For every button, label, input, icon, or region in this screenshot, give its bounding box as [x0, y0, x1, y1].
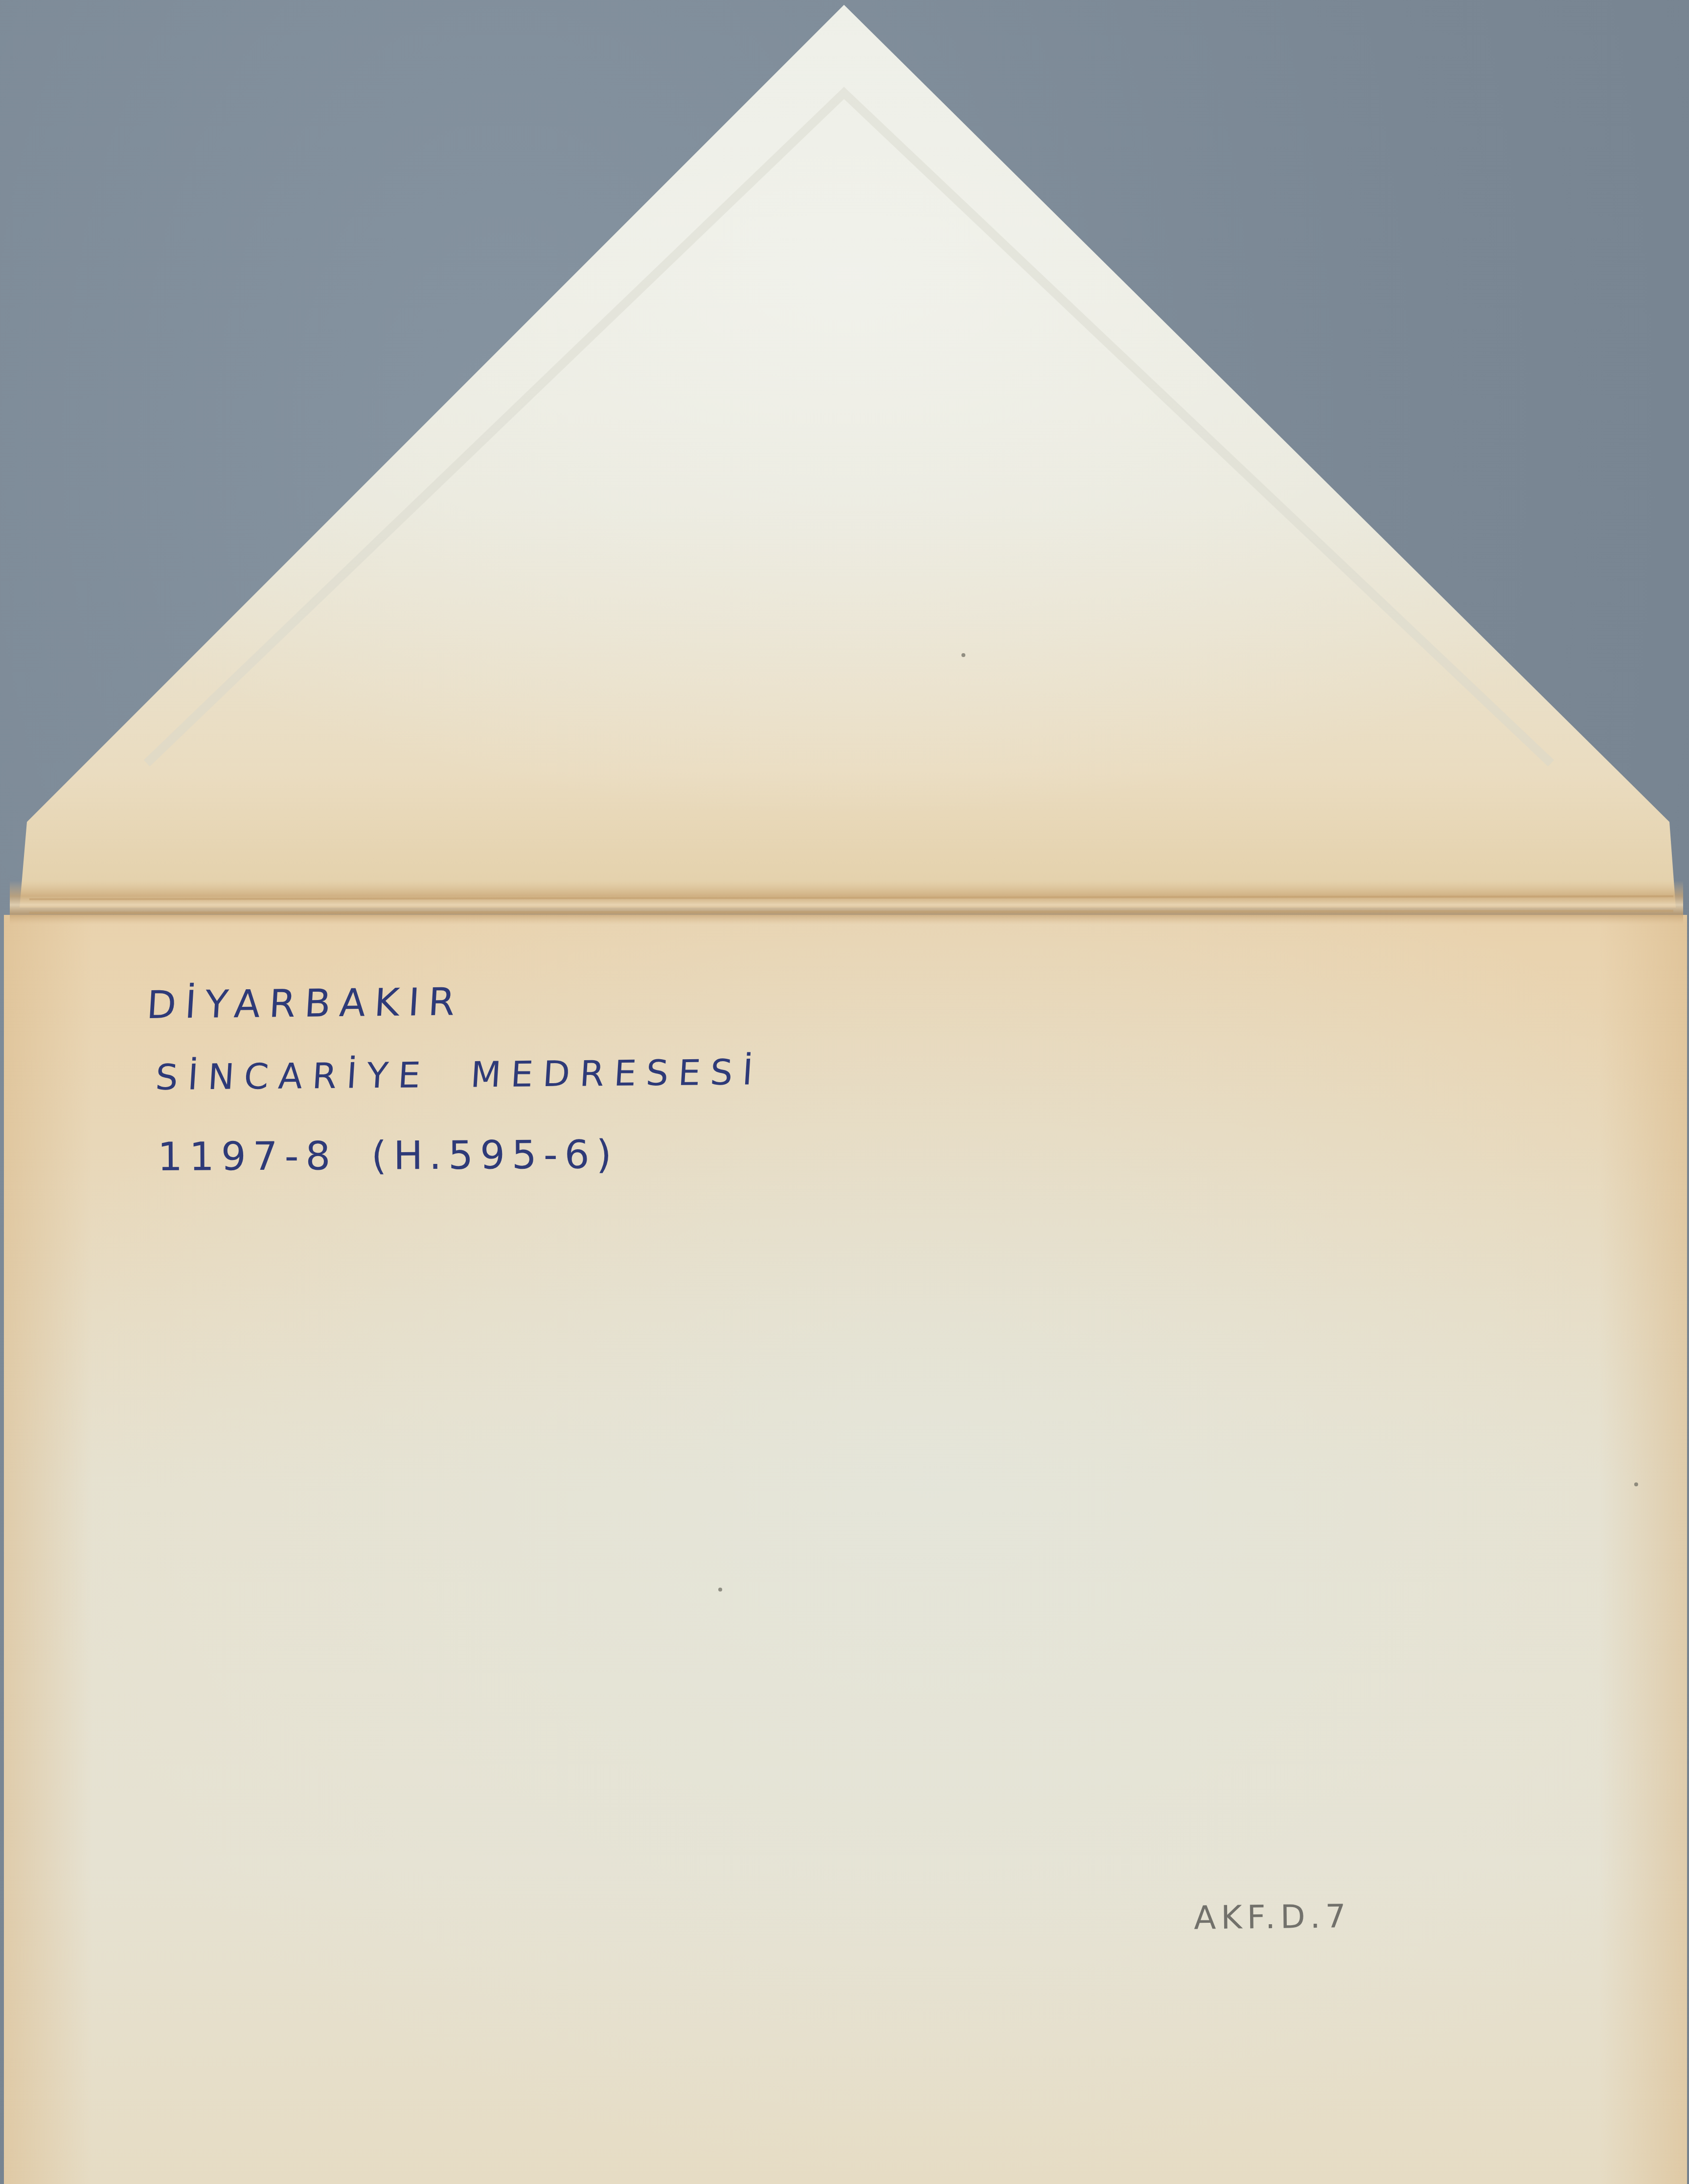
pencil-archive-reference: AKF.D.7	[1194, 1897, 1351, 1936]
ink-annotation-city: DİYARBAKIR	[145, 980, 465, 1027]
paper-speck	[718, 1588, 722, 1592]
ink-annotation-building: SİNCARİYE MEDRESESİ	[154, 1051, 764, 1098]
ink-annotation-date: 1197-8 (H.595-6)	[158, 1132, 618, 1180]
paper-speck	[961, 653, 965, 657]
fold-crease	[10, 881, 1683, 925]
paper-speck	[1634, 1482, 1638, 1486]
